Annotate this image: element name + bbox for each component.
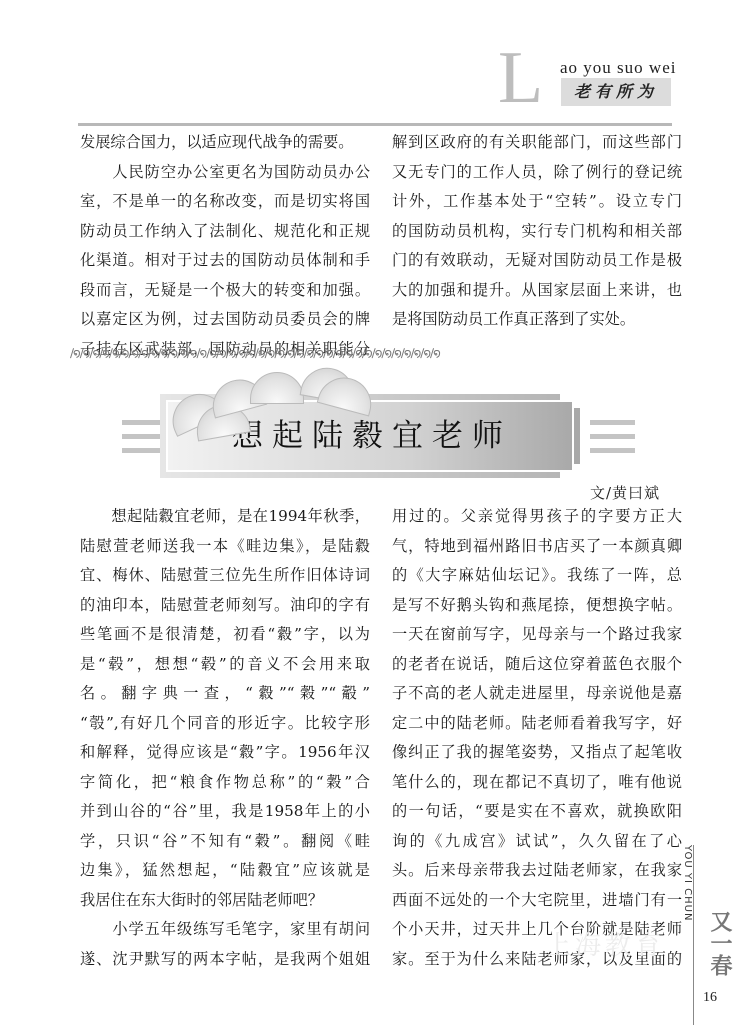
text-line: 想起陆縠宜老师，是在1994年秋季， [80, 502, 370, 532]
text-line: 的一句话，“要是实在不喜欢，就换欧阳 [392, 797, 682, 827]
text-line: 陆慰萱老师送我一本《畦边集》，是陆縠 [80, 532, 370, 562]
section-initial-letter: L [498, 48, 543, 108]
text-line: 宜、梅休、陆慰萱三位先生所作旧体诗词 [80, 561, 370, 591]
text-line: 是“毂”，想想“毂”的音义不会用来取 [80, 650, 370, 680]
text-line: 的油印本，陆慰萱老师刻写。油印的字有 [80, 591, 370, 621]
text-line: 我居住在东大街时的邻居陆老师吧？ [80, 886, 370, 916]
text-line: 笔什么的，现在都记不真切了，唯有他说 [392, 768, 682, 798]
text-line: 化渠道。相对于过去的国防动员体制和手 [80, 246, 370, 276]
footer-vertical-rule [693, 845, 694, 1025]
watermark: 上海教育 [545, 925, 665, 962]
text-line: 段而言，无疑是一个极大的转变和加强。 [80, 276, 370, 306]
text-line: “彀”,有好几个同音的形近字。比较字形 [80, 709, 370, 739]
text-line: 一天在窗前写字，见母亲与一个路过我家 [392, 620, 682, 650]
text-line: 子不高的老人就走进屋里，母亲说他是嘉 [392, 679, 682, 709]
text-line: 字简化，把“粮食作物总称”的“穀”合 [80, 768, 370, 798]
text-line: 名。翻字典一查，“縠”“穀”“觳” [80, 679, 370, 709]
text-line: 头。后来母亲带我去过陆老师家，在我家 [392, 856, 682, 886]
magazine-pinyin-vertical: YOU YI CHUN [682, 845, 693, 921]
text-line: 的《大字麻姑仙坛记》。我练了一阵，总 [392, 561, 682, 591]
text-line: 气，特地到福州路旧书店买了一本颜真卿 [392, 532, 682, 562]
text-line: 定二中的陆老师。陆老师看着我写字，好 [392, 709, 682, 739]
text-line: 以嘉定区为例，过去国防动员委员会的牌 [80, 305, 370, 335]
text-line: 大的加强和提升。从国家层面上来讲，也 [392, 276, 682, 306]
text-line: 并到山谷的“谷”里，我是1958年上的小 [80, 797, 370, 827]
text-line: 边集》，猛然想起，“陆縠宜”应该就是 [80, 856, 370, 886]
prev-article-left-column: 发展综合国力，以适应现代战争的需要。 人民防空办公室更名为国防动员办公 室，不是… [80, 128, 370, 364]
text-line: 用过的。父亲觉得男孩子的字要方正大 [392, 502, 682, 532]
text-line: 询的《九成宫》试试”，久久留在了心 [392, 827, 682, 857]
text-line: 西面不远处的一个大宅院里，进墙门有一 [392, 886, 682, 916]
text-line: 是写不好鹅头钩和燕尾捺，便想换字帖。 [392, 591, 682, 621]
text-line: 像纠正了我的握笔姿势，又指点了起笔收 [392, 738, 682, 768]
text-line: 的老者在说话，随后这位穿着蓝色衣服个 [392, 650, 682, 680]
section-pinyin: ao you suo wei [560, 58, 676, 78]
text-line: 的国防动员机构，实行专门机构和相关部 [392, 217, 682, 247]
text-line: 遂、沈尹默写的两本字帖，是我两个姐姐 [80, 945, 370, 975]
text-line: 计外，工作基本处于“空转”。设立专门 [392, 187, 682, 217]
text-line: 人民防空办公室更名为国防动员办公 [80, 158, 370, 188]
article-right-column: 用过的。父亲觉得男孩子的字要方正大 气，特地到福州路旧书店买了一本颜真卿 的《大… [392, 502, 682, 974]
text-line: 门的有效联动，无疑对国防动员工作是极 [392, 246, 682, 276]
section-title-badge: 老有所为 [561, 78, 671, 106]
magazine-name: 又一春 [705, 910, 736, 976]
text-line: 解到区政府的有关职能部门，而这些部门 [392, 128, 682, 158]
header-rule [78, 123, 672, 126]
text-line: 防动员工作纳入了法制化、规范化和正规 [80, 217, 370, 247]
article-byline: 文/黄曰斌 [590, 482, 660, 503]
page-number: 16 [703, 990, 717, 1006]
text-line: 发展综合国力，以适应现代战争的需要。 [80, 128, 370, 158]
fan-icon [250, 372, 304, 404]
wave-divider: ∕໑∕໑∕໑∕໑∕໑∕໑∕໑∕໑∕໑∕໑∕໑∕໑∕໑∕໑∕໑∕໑∕໑∕໑∕໑∕໑… [70, 346, 700, 360]
prev-article-right-column: 解到区政府的有关职能部门，而这些部门 又无专门的工作人员，除了例行的登记统 计外… [392, 128, 682, 335]
text-line: 室，不是单一的名称改变，而是切实将国 [80, 187, 370, 217]
text-line: 小学五年级练写毛笔字，家里有胡问 [80, 915, 370, 945]
text-line: 是将国防动员工作真正落到了实处。 [392, 305, 682, 335]
text-line: 学，只识“谷”不知有“穀”。翻阅《畦 [80, 827, 370, 857]
text-line: 些笔画不是很清楚，初看“縠”字，以为 [80, 620, 370, 650]
text-line: 又无专门的工作人员，除了例行的登记统 [392, 158, 682, 188]
text-line: 和解释，觉得应该是“縠”字。1956年汉 [80, 738, 370, 768]
banner-right-bars [590, 420, 635, 462]
article-left-column: 想起陆縠宜老师，是在1994年秋季， 陆慰萱老师送我一本《畦边集》，是陆縠 宜、… [80, 502, 370, 974]
